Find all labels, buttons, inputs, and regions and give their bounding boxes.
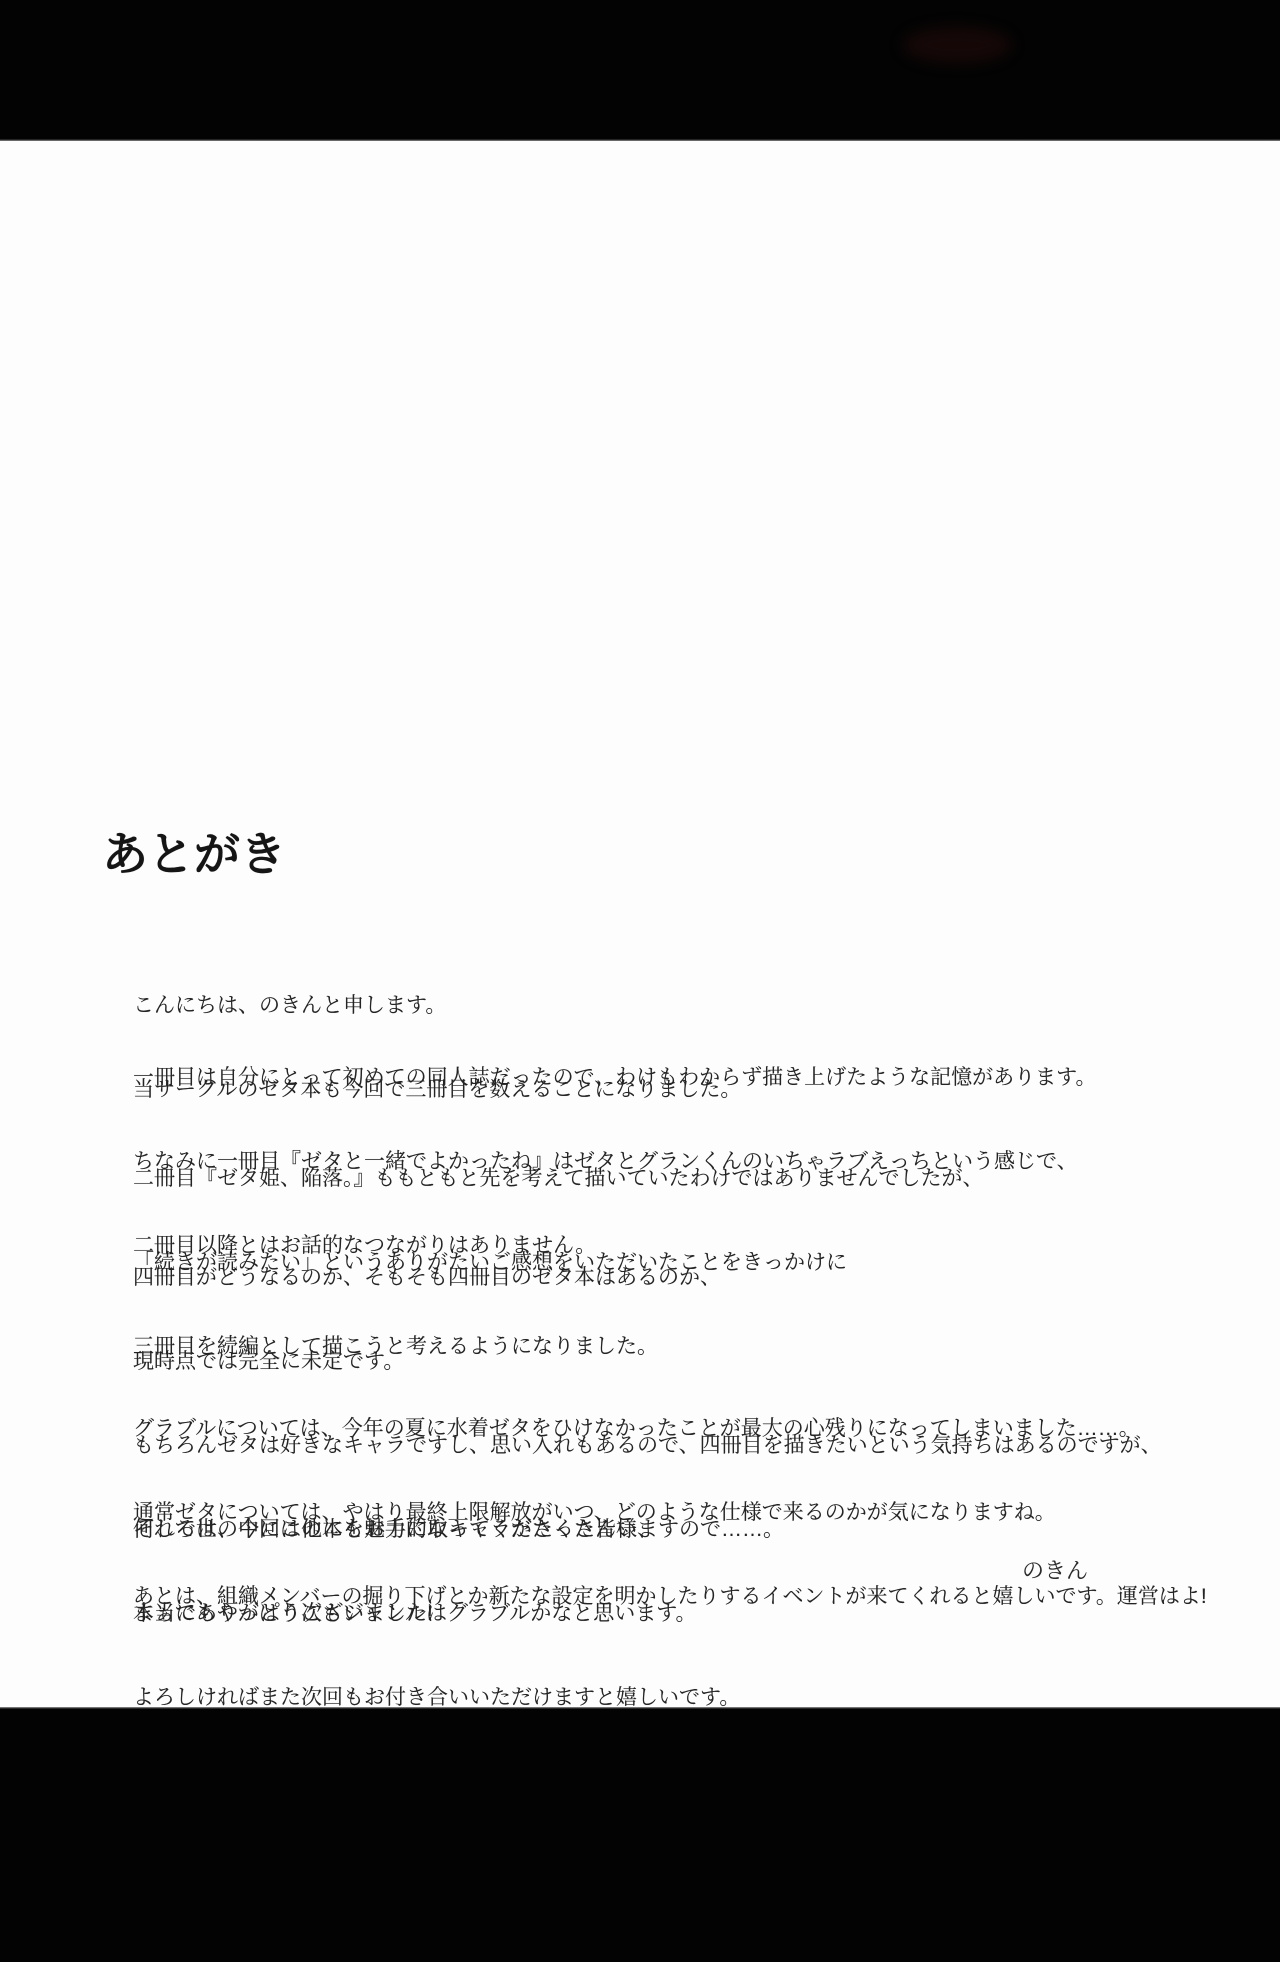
paragraph-line: 四冊目がどうなるのか、そもそも四冊目のゼタ本はあるのか、 (133, 1264, 1162, 1292)
bottom-black-bar (0, 1707, 1280, 1962)
page-title: あとがき (102, 818, 286, 884)
afterword-page: あとがき こんにちは、のきんと申します。 当サークルのゼタ本も今回で三冊目を数え… (0, 0, 1280, 1962)
top-black-bar (0, 0, 1280, 141)
paragraph-line: グラブルについては、今年の夏に水着ゼタをひけなかったことが最大の心残りになってし… (133, 1415, 1207, 1443)
paragraph-line: 本当にありがとうございました! (133, 1600, 740, 1628)
scan-artifact (903, 27, 1011, 63)
paragraph-line: 一冊目は自分にとって初めての同人誌だったので、わけもわからず描き上げたような記憶… (133, 1064, 1096, 1092)
author-signature: のきん (1022, 1554, 1088, 1585)
paragraph-line: 二冊目『ゼタ姫、陥落。』ももともと先を考えて描いていたわけではありませんでしたが… (133, 1165, 984, 1193)
paragraph-line: それでは、今回この本をお手に取ってくださった皆様、 (133, 1516, 740, 1544)
